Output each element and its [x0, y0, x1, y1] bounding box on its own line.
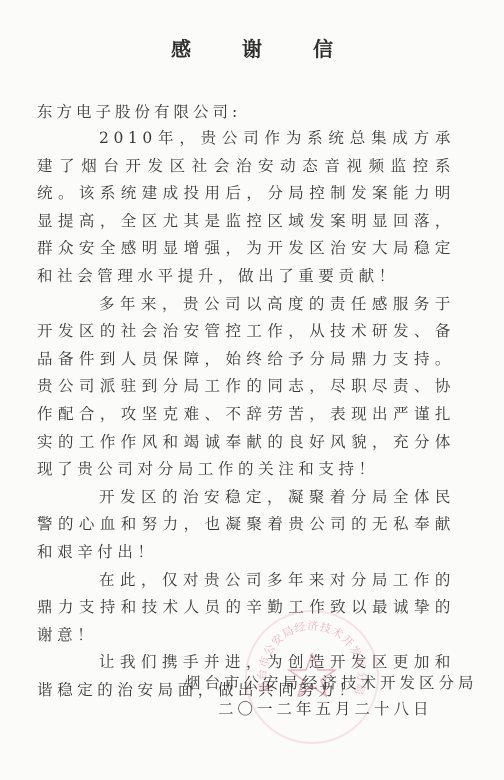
letter-date: 二〇一二年五月二十八日 [218, 697, 433, 719]
salutation: 东方电子股份有限公司: [37, 100, 241, 122]
paragraph: 在此，仅对贵公司多年来对分局工作的鼎力支持和技术人员的辛勤工作致以最诚挚的谢意！ [37, 567, 455, 650]
paragraph: 开发区的治安稳定，凝聚着分局全体民警的心血和努力，也凝聚着贵公司的无私奉献和艰辛… [37, 484, 455, 567]
paragraph: 2010年，贵公司作为系统总集成方承建了烟台开发区社会治安动态音视频监控系统。该… [37, 125, 455, 291]
paragraph: 多年来，贵公司以高度的责任感服务于开发区的社会治安管控工作，从技术研发、备品备件… [37, 291, 455, 484]
letter-title: 感 谢 信 [0, 33, 504, 62]
signature: 烟台市公安局经济技术开发区分局 [185, 671, 478, 693]
letter-body: 2010年，贵公司作为系统总集成方承建了烟台开发区社会治安动态音视频监控系统。该… [37, 125, 455, 704]
